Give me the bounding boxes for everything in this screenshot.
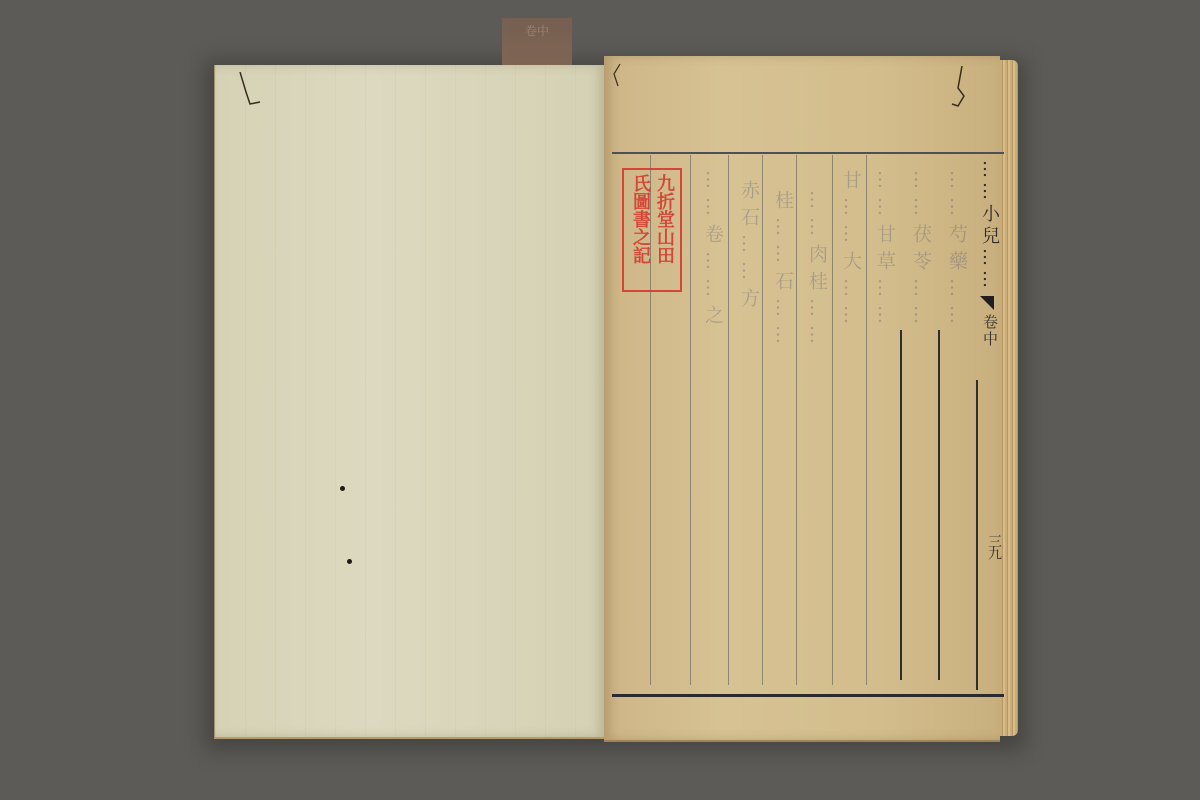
bookmark-tag: 卷中 <box>502 18 572 72</box>
text-column: 赤石……方 <box>736 180 763 315</box>
volume-label: 卷中 <box>980 314 1001 348</box>
text-column: ……肉桂…… <box>804 190 831 352</box>
collector-seal: 九折堂山田 氏圖書之記 <box>622 168 682 292</box>
column-rule <box>728 155 729 685</box>
margin-title: ……小兒…… <box>976 160 1002 292</box>
binding-hole <box>347 559 352 564</box>
paper-texture <box>215 65 605 737</box>
text-column: 甘……大…… <box>838 170 865 332</box>
text-column: ……芍藥…… <box>944 170 971 332</box>
seal-column: 九折堂山田 <box>653 174 675 290</box>
text-column: 桂……石…… <box>770 190 797 352</box>
paper-crack-right-2 <box>608 60 628 90</box>
column-rule <box>690 155 691 685</box>
paper-crack-right <box>944 66 974 116</box>
binding-hole <box>340 486 345 491</box>
page-number: 三九 <box>984 534 1004 558</box>
column-rule <box>866 155 867 685</box>
column-rule <box>938 330 940 680</box>
fishtail-mark-icon <box>980 296 994 310</box>
margin-rule <box>976 380 978 690</box>
text-column: ……甘草…… <box>872 170 899 332</box>
paper-crack-left <box>236 72 266 112</box>
seal-column: 氏圖書之記 <box>629 174 651 290</box>
column-rule <box>832 155 833 685</box>
text-column: ……茯苓…… <box>908 170 935 332</box>
column-rule <box>900 330 902 680</box>
tag-text: 卷中 <box>510 24 564 38</box>
book-photo: 卷中 ……卷……之 赤石……方 桂……石…… ……肉桂…… 甘……大…… ……甘… <box>0 0 1200 800</box>
text-column: ……卷……之 <box>700 170 727 332</box>
left-page <box>214 65 605 739</box>
